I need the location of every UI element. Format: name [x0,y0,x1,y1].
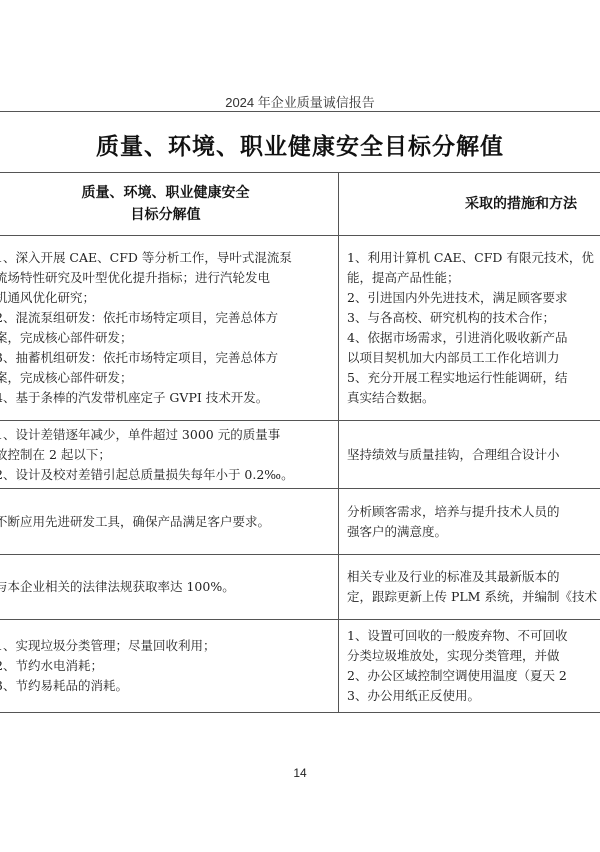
measure-line: 以项目契机加大内部员工工作化培训力 [347,348,600,368]
measure-line: 定，跟踪更新上传 PLM 系统，并编制《技术 [347,587,600,607]
header-measures-label: 采取的措施和方法 [465,196,577,212]
objective-line: 机通风优化研究； [0,288,338,308]
header-objectives-line2: 目标分解值 [0,204,338,226]
objective-line: 4、基于条棒的汽发带机座定子 GVPI 技术开发。 [0,388,338,408]
measure-cell: 1、利用计算机 CAE、CFD 有限元技术，优 能，提高产品性能； 2、引进国内… [339,236,600,421]
measure-line: 3、与各高校、研究机构的技术合作； [347,308,600,328]
measure-line: 分析顾客需求，培养与提升技术人员的 [347,502,600,522]
table-header-row: 质量、环境、职业健康安全 目标分解值 采取的措施和方法 [0,173,600,236]
objective-line: 2、设计及校对差错引起总质量损失每年小于 0.2‰。 [0,465,338,485]
objective-line: 1、实现垃圾分类管理；尽量回收利用； [0,636,338,656]
objective-cell: 1、深入开展 CAE、CFD 等分析工作，导叶式混流泵 流场特性研究及叶型优化提… [0,236,339,421]
measure-cell: 1、设置可回收的一般废弃物、不可回收 分类垃圾堆放处，实现分类管理，并做 2、办… [339,620,600,713]
objective-cell: 不断应用先进研发工具，确保产品满足客户要求。 [0,489,339,555]
table-row: 不断应用先进研发工具，确保产品满足客户要求。 分析顾客需求，培养与提升技术人员的… [0,489,600,555]
header-measures: 采取的措施和方法 [339,173,600,236]
objective-line: 流场特性研究及叶型优化提升指标；进行汽轮发电 [0,268,338,288]
objective-line: 2、节约水电消耗； [0,656,338,676]
table-row: 1、设计差错逐年减少，单件超过 3000 元的质量事 故控制在 2 起以下； 2… [0,421,600,489]
running-header: 2024 年企业质量诚信报告 [0,92,600,111]
header-rule [0,111,600,112]
objective-cell: 1、设计差错逐年减少，单件超过 3000 元的质量事 故控制在 2 起以下； 2… [0,421,339,489]
measure-cell: 分析顾客需求，培养与提升技术人员的 强客户的满意度。 [339,489,600,555]
objective-line: 故控制在 2 起以下； [0,445,338,465]
measure-line: 2、引进国内外先进技术，满足顾客要求 [347,288,600,308]
header-objectives: 质量、环境、职业健康安全 目标分解值 [0,173,339,236]
objective-line: 案，完成核心部件研发； [0,328,338,348]
measure-line: 2、办公区域控制空调使用温度（夏天 2 [347,666,600,686]
page-number: 14 [0,766,600,780]
objective-line: 与本企业相关的法律法规获取率达 100%。 [0,577,338,597]
objective-cell: 1、实现垃圾分类管理；尽量回收利用； 2、节约水电消耗； 3、节约易耗品的消耗。 [0,620,339,713]
table-row: 1、实现垃圾分类管理；尽量回收利用； 2、节约水电消耗； 3、节约易耗品的消耗。… [0,620,600,713]
objective-cell: 与本企业相关的法律法规获取率达 100%。 [0,555,339,620]
measure-line: 真实结合数据。 [347,388,600,408]
measure-line: 相关专业及行业的标准及其最新版本的 [347,567,600,587]
objective-line: 3、抽蓄机组研发：依托市场特定项目，完善总体方 [0,348,338,368]
table-row: 与本企业相关的法律法规获取率达 100%。 相关专业及行业的标准及其最新版本的 … [0,555,600,620]
objective-line: 1、设计差错逐年减少，单件超过 3000 元的质量事 [0,425,338,445]
objective-line: 1、深入开展 CAE、CFD 等分析工作，导叶式混流泵 [0,248,338,268]
header-objectives-line1: 质量、环境、职业健康安全 [0,182,338,204]
measure-line: 5、充分开展工程实地运行性能调研，结 [347,368,600,388]
objectives-table-container: 质量、环境、职业健康安全 目标分解值 采取的措施和方法 1、深入开展 CAE、C… [0,172,600,713]
measure-line: 1、利用计算机 CAE、CFD 有限元技术，优 [347,248,600,268]
objectives-table: 质量、环境、职业健康安全 目标分解值 采取的措施和方法 1、深入开展 CAE、C… [0,172,600,713]
measure-line: 强客户的满意度。 [347,522,600,542]
measure-line: 坚持绩效与质量挂钩，合理组合设计小 [347,445,600,465]
measure-cell: 坚持绩效与质量挂钩，合理组合设计小 [339,421,600,489]
table-row: 1、深入开展 CAE、CFD 等分析工作，导叶式混流泵 流场特性研究及叶型优化提… [0,236,600,421]
objective-line: 不断应用先进研发工具，确保产品满足客户要求。 [0,512,338,532]
objective-line: 2、混流泵组研发：依托市场特定项目，完善总体方 [0,308,338,328]
measure-line: 4、依据市场需求，引进消化吸收新产品 [347,328,600,348]
measure-line: 能，提高产品性能； [347,268,600,288]
measure-line: 3、办公用纸正反使用。 [347,686,600,706]
page-title: 质量、环境、职业健康安全目标分解值 [0,128,600,161]
objective-line: 3、节约易耗品的消耗。 [0,676,338,696]
measure-line: 分类垃圾堆放处，实现分类管理，并做 [347,646,600,666]
objective-line: 案，完成核心部件研发； [0,368,338,388]
measure-cell: 相关专业及行业的标准及其最新版本的 定，跟踪更新上传 PLM 系统，并编制《技术 [339,555,600,620]
measure-line: 1、设置可回收的一般废弃物、不可回收 [347,626,600,646]
